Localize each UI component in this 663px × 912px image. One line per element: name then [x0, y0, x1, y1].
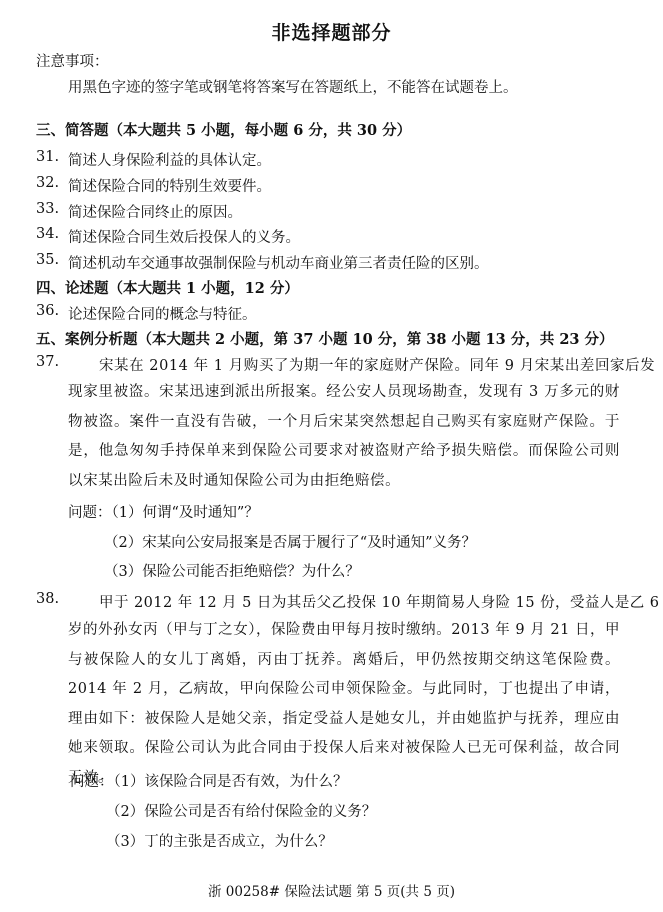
questions-label: 问题： [68, 505, 112, 521]
question-35: 36. 35. 简述机动车交通事故强制保险与机动车商业第三者责任险的区别。 [36, 252, 59, 268]
question-number: 34. [36, 226, 59, 242]
section-heading-case-analysis: 五、案例分析题（本大题共 2 小题，第 37 小题 10 分，第 38 小题 1… [36, 328, 614, 349]
question-34: 34. 简述保险合同生效后投保人的义务。 [36, 226, 59, 242]
question-text: 论述保险合同的概念与特征。 [68, 303, 257, 324]
questions-label: 问题： [70, 774, 114, 790]
question-number: 36. [36, 303, 59, 319]
question-number: 31. [36, 149, 59, 165]
question-text: 简述保险合同的特别生效要件。 [68, 175, 271, 196]
question-number: 32. [36, 175, 59, 191]
section-heading-essay: 四、论述题（本大题共 1 小题，12 分） [36, 277, 299, 298]
case-37-body: 现家里被盗。宋某迅速到派出所报案。经公安人员现场勘查，发现有 3 万多元的财物被… [68, 378, 620, 496]
question-text: 简述保险合同终止的原因。 [68, 201, 242, 222]
case-38-first-line: 甲于 2012 年 12 月 5 日为其岳父乙投保 10 年期简易人身险 15 … [99, 591, 659, 612]
page-title: 非选择题部分 [0, 18, 663, 45]
question-32: 32. 简述保险合同的特别生效要件。 [36, 175, 59, 191]
notice-label: 注意事项： [36, 50, 109, 71]
sub-question: （1）何谓“及时通知”？ [112, 505, 259, 521]
case-38-question-2: （2）保险公司是否有给付保险金的义务？ [106, 800, 376, 821]
question-text: 简述机动车交通事故强制保险与机动车商业第三者责任险的区别。 [68, 252, 489, 273]
case-37-first-line: 宋某在 2014 年 1 月购买了为期一年的家庭财产保险。同年 9 月宋某出差回… [99, 354, 655, 375]
case-37-question-1: 问题：（1）何谓“及时通知”？ [68, 501, 259, 522]
question-text: 简述保险合同生效后投保人的义务。 [68, 226, 300, 247]
case-37-question-2: （2）宋某向公安局报案是否属于履行了“及时通知”义务？ [104, 531, 476, 552]
question-33: 33. 简述保险合同终止的原因。 [36, 201, 59, 217]
notice-text: 用黑色字迹的签字笔或钢笔将答案写在答题纸上，不能答在试题卷上。 [68, 76, 518, 97]
case-38-number: 38. [36, 591, 59, 607]
section-heading-short-answer: 三、简答题（本大题共 5 小题，每小题 6 分，共 30 分） [36, 119, 411, 140]
sub-question: （1）该保险合同是否有效，为什么？ [114, 774, 348, 790]
case-38-question-1: 问题：（1）该保险合同是否有效，为什么？ [70, 770, 347, 791]
page-footer: 浙 00258# 保险法试题 第 5 页(共 5 页) [0, 880, 663, 900]
case-38-question-3: （3）丁的主张是否成立，为什么？ [106, 830, 333, 851]
question-number: 33. [36, 201, 59, 217]
question-31: 31. 简述人身保险利益的具体认定。 [36, 149, 59, 165]
case-38-body: 岁的外孙女丙（甲与丁之女），保险费由甲每月按时缴纳。2013 年 9 月 21 … [68, 616, 620, 793]
question-number: 35. [36, 252, 59, 268]
question-36: 36. 论述保险合同的概念与特征。 [36, 303, 59, 319]
question-text: 简述人身保险利益的具体认定。 [68, 149, 271, 170]
case-37-number: 37. [36, 354, 59, 370]
case-37-question-3: （3）保险公司能否拒绝赔偿？为什么？ [104, 560, 360, 581]
